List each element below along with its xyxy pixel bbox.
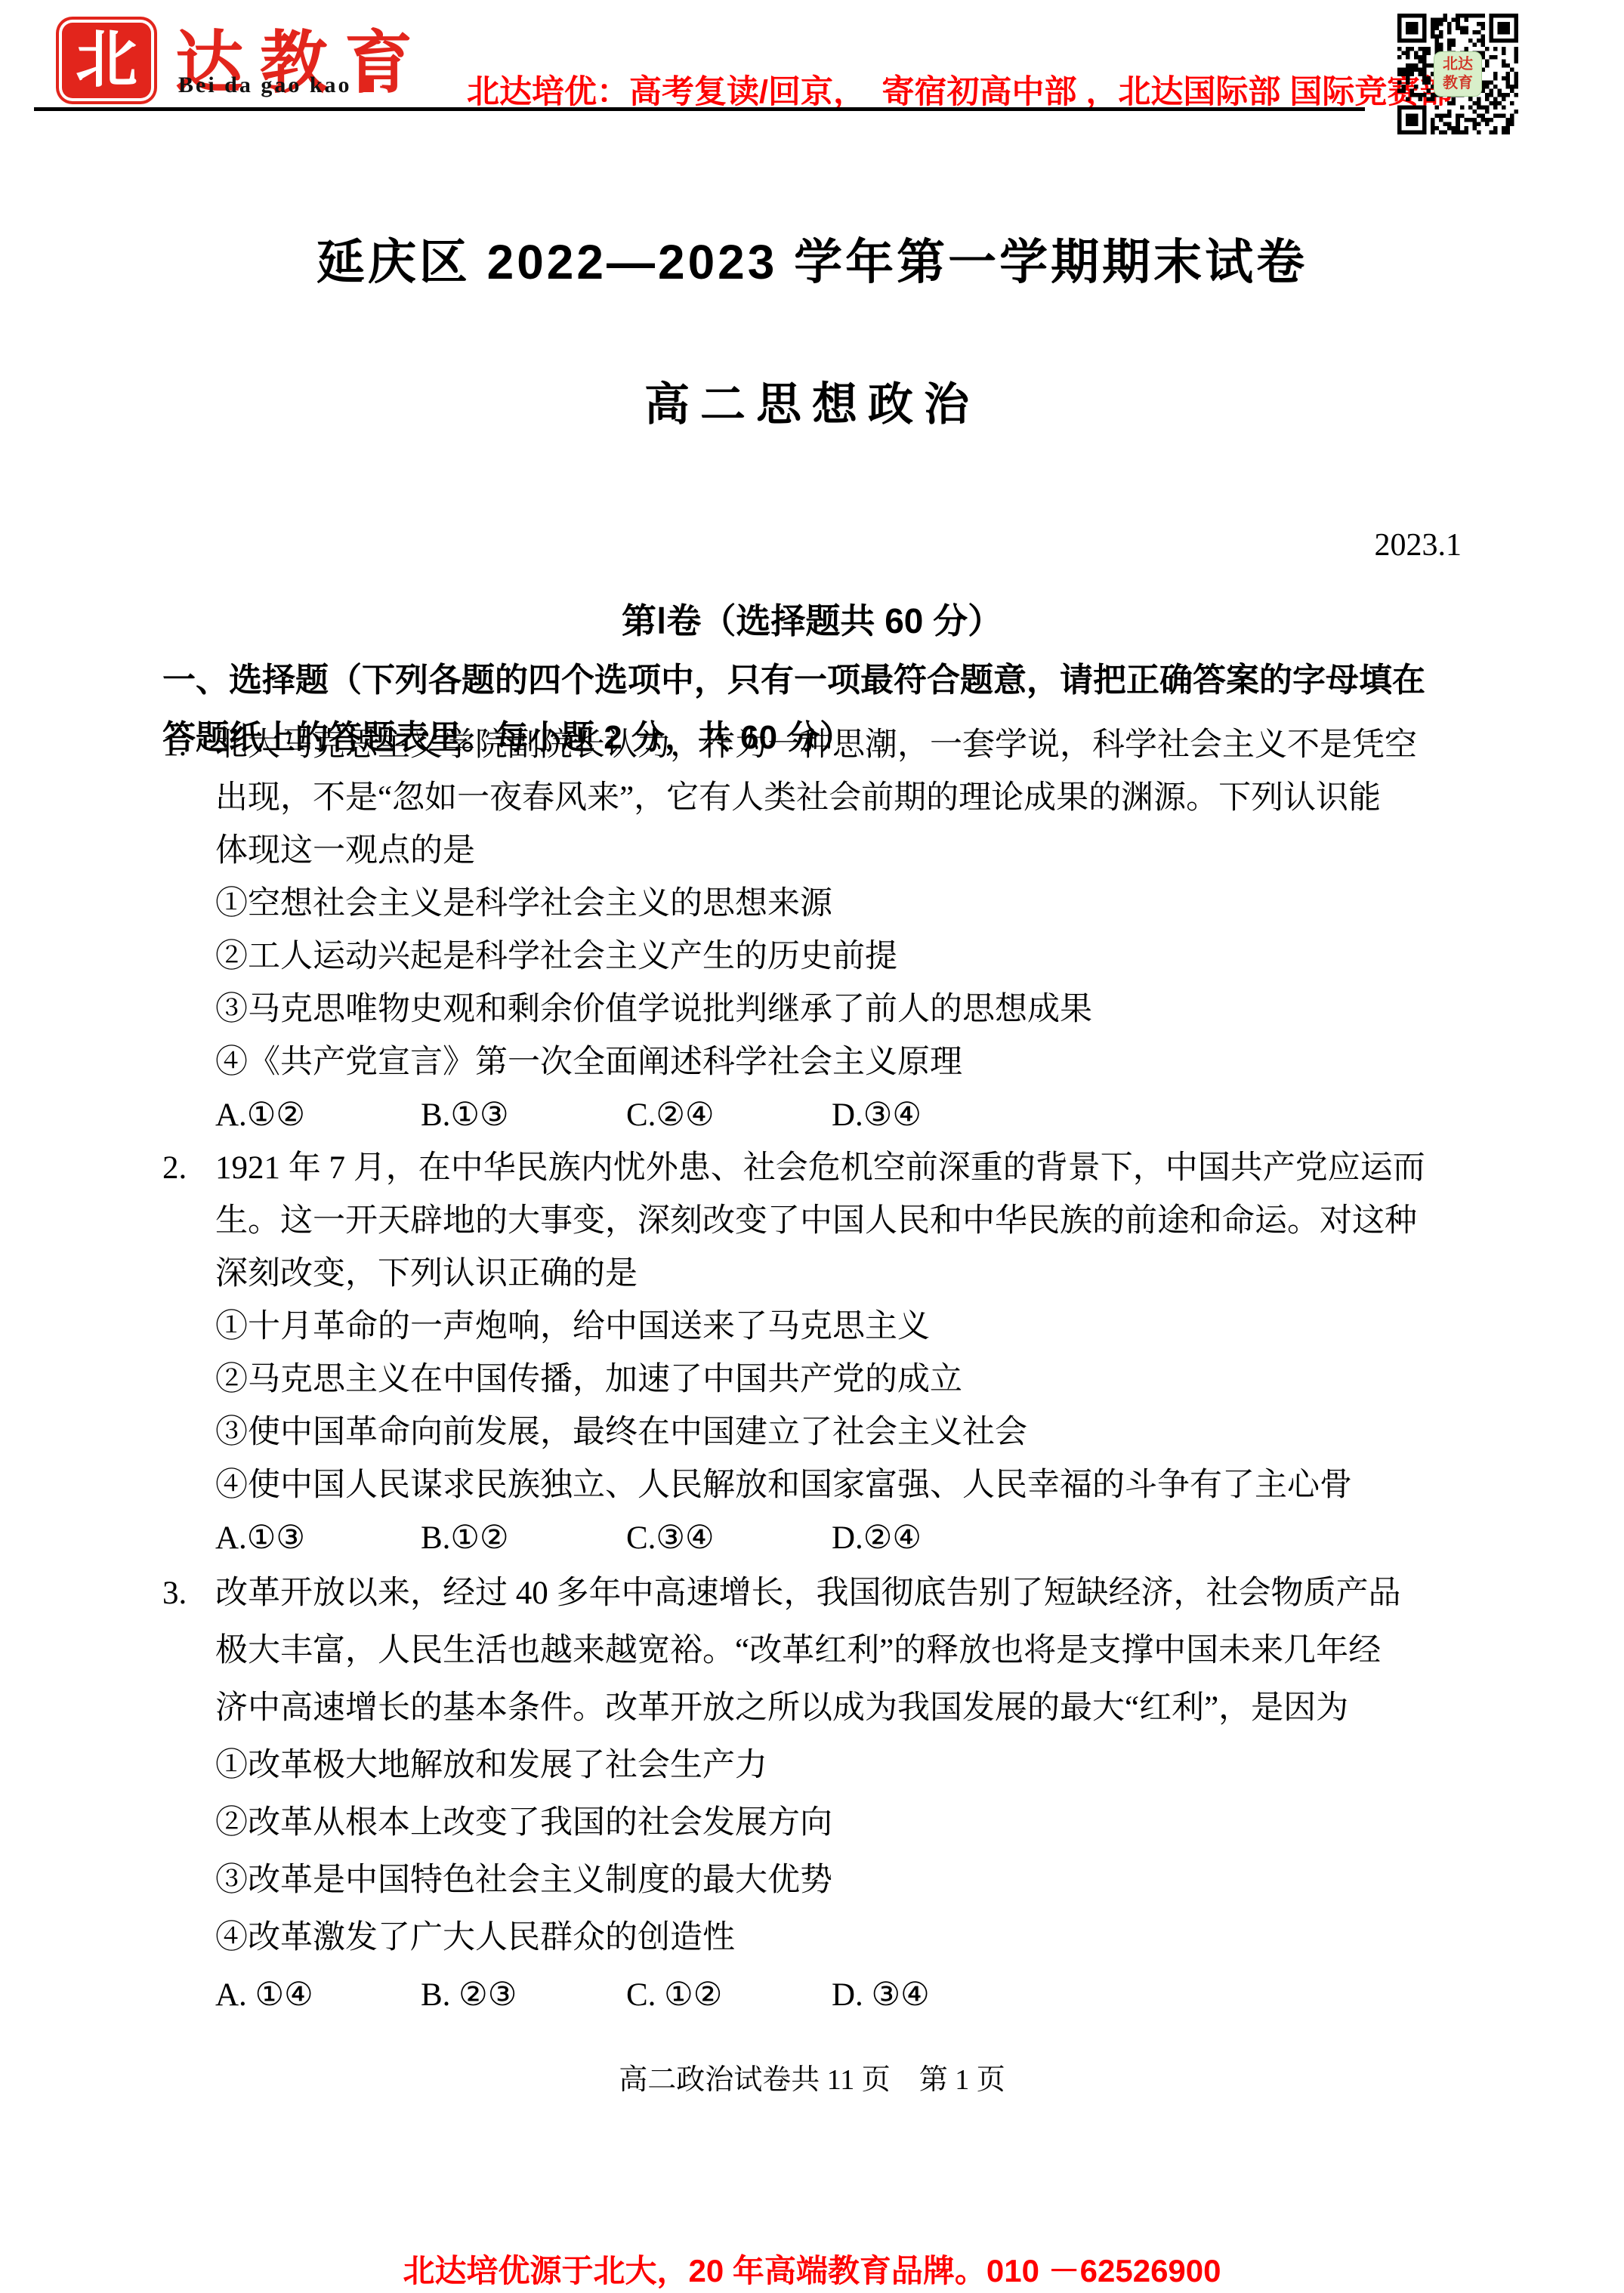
statement-item: ②改革从根本上改变了我国的社会发展方向 bbox=[162, 1795, 1462, 1852]
statement-item: ②工人运动兴起是科学社会主义产生的历史前提 bbox=[162, 930, 1462, 983]
stem-text: 1921 年 7 月，在中华民族内忧外患、社会危机空前深重的背景下，中国共产党应… bbox=[215, 1150, 1425, 1186]
question-stem-line: 生。这一开天辟地的大事变，深刻改变了中国人民和中华民族的前途和命运。对这种 bbox=[162, 1195, 1462, 1248]
brand-subtext-label: Bei da gao kao bbox=[178, 73, 352, 97]
red-square-icon bbox=[361, 79, 374, 92]
options-row: A.①②B.①③C.②④D.③④ bbox=[162, 1089, 1462, 1142]
question-3: 3.改革开放以来，经过 40 多年中高速增长，我国彻底告别了短缺经济，社会物质产… bbox=[162, 1565, 1462, 2024]
exam-date: 2023.1 bbox=[1375, 527, 1462, 563]
option-d: D.②④ bbox=[832, 1512, 922, 1565]
option-d: D.③④ bbox=[832, 1089, 922, 1142]
option-c: C. ①② bbox=[626, 1967, 832, 2024]
stem-text: 北大马克思主义学院副院长认为，作为一种思潮，一套学说，科学社会主义不是凭空 bbox=[215, 727, 1417, 763]
question-stem-line: 1.北大马克思主义学院副院长认为，作为一种思潮，一套学说，科学社会主义不是凭空 bbox=[162, 719, 1462, 772]
question-number: 3. bbox=[162, 1565, 215, 1622]
option-a: A.①③ bbox=[215, 1512, 421, 1565]
question-number: 1. bbox=[162, 719, 215, 772]
statement-item: ④改革激发了广大人民群众的创造性 bbox=[162, 1909, 1462, 1967]
option-a: A. ①④ bbox=[215, 1967, 421, 2024]
page-subtitle: 高二思想政治 bbox=[0, 369, 1624, 434]
question-2: 2.1921 年 7 月，在中华民族内忧外患、社会危机空前深重的背景下，中国共产… bbox=[162, 1142, 1462, 1565]
exam-paper-page: 北 达教育 Bei da gao kao 北达培优：高考复读/回京， 寄宿初高中… bbox=[0, 0, 1624, 2293]
question-list: 1.北大马克思主义学院副院长认为，作为一种思潮，一套学说，科学社会主义不是凭空 … bbox=[162, 719, 1462, 2024]
brand-seal-icon: 北 bbox=[62, 23, 151, 98]
page-title: 延庆区 2022—2023 学年第一学期期末试卷 bbox=[0, 224, 1624, 293]
section-heading: 第Ⅰ卷（选择题共 60 分） bbox=[0, 594, 1624, 643]
question-stem-line: 出现，不是“忽如一夜春风来”，它有人类社会前期的理论成果的渊源。下列认识能 bbox=[162, 772, 1462, 825]
qr-code: 北达 教育 bbox=[1397, 14, 1518, 134]
option-b: B. ②③ bbox=[421, 1967, 626, 2024]
question-stem-line: 体现这一观点的是 bbox=[162, 825, 1462, 878]
statement-item: ③马克思唯物史观和剩余价值学说批判继承了前人的思想成果 bbox=[162, 983, 1462, 1036]
question-stem-line: 极大丰富，人民生活也越来越宽裕。“改革红利”的释放也将是支撑中国未来几年经 bbox=[162, 1622, 1462, 1680]
option-c: C.③④ bbox=[626, 1512, 832, 1565]
question-number: 2. bbox=[162, 1142, 215, 1195]
question-stem-line: 2.1921 年 7 月，在中华民族内忧外患、社会危机空前深重的背景下，中国共产… bbox=[162, 1142, 1462, 1195]
header-slogan: 北达培优：高考复读/回京， 寄宿初高中部 ，北达国际部 国际竞赛部 bbox=[467, 66, 1452, 113]
qr-badge-line2: 教育 bbox=[1434, 74, 1481, 93]
statement-item: ①十月革命的一声炮响，给中国送来了马克思主义 bbox=[162, 1301, 1462, 1353]
seal-character: 北 bbox=[62, 23, 151, 98]
header-divider bbox=[34, 107, 1365, 111]
options-row: A.①③B.①②C.③④D.②④ bbox=[162, 1512, 1462, 1565]
statement-item: ④《共产党宣言》第一次全面阐述科学社会主义原理 bbox=[162, 1036, 1462, 1089]
qr-center-badge: 北达 教育 bbox=[1434, 51, 1482, 97]
option-b: B.①② bbox=[421, 1512, 626, 1565]
statement-item: ①空想社会主义是科学社会主义的思想来源 bbox=[162, 878, 1462, 930]
question-stem-line: 济中高速增长的基本条件。改革开放之所以成为我国发展的最大“红利”，是因为 bbox=[162, 1680, 1462, 1737]
bottom-banner: 北达培优源于北大，20 年高端教育品牌。010 －62526900 bbox=[0, 2246, 1624, 2291]
instructions-line1: 一、选择题（下列各题的四个选项中，只有一项最符合题意，请把正确答案的字母填在 bbox=[162, 653, 1462, 701]
qr-badge-line1: 北达 bbox=[1434, 55, 1481, 74]
question-stem-line: 3.改革开放以来，经过 40 多年中高速增长，我国彻底告别了短缺经济，社会物质产… bbox=[162, 1565, 1462, 1622]
options-row: A. ①④B. ②③C. ①②D. ③④ bbox=[162, 1967, 1462, 2024]
option-a: A.①② bbox=[215, 1089, 421, 1142]
option-b: B.①③ bbox=[421, 1089, 626, 1142]
statement-item: ③使中国革命向前发展，最终在中国建立了社会主义社会 bbox=[162, 1406, 1462, 1459]
statement-item: ②马克思主义在中国传播，加速了中国共产党的成立 bbox=[162, 1353, 1462, 1406]
question-stem-line: 深刻改变，下列认识正确的是 bbox=[162, 1248, 1462, 1301]
statement-item: ④使中国人民谋求民族独立、人民解放和国家富强、人民幸福的斗争有了主心骨 bbox=[162, 1459, 1462, 1512]
question-1: 1.北大马克思主义学院副院长认为，作为一种思潮，一套学说，科学社会主义不是凭空 … bbox=[162, 719, 1462, 1142]
option-c: C.②④ bbox=[626, 1089, 832, 1142]
stem-text: 改革开放以来，经过 40 多年中高速增长，我国彻底告别了短缺经济，社会物质产品 bbox=[215, 1575, 1401, 1611]
brand-subtext: Bei da gao kao bbox=[178, 73, 374, 98]
statement-item: ③改革是中国特色社会主义制度的最大优势 bbox=[162, 1852, 1462, 1909]
option-d: D. ③④ bbox=[832, 1967, 930, 2024]
page-number-info: 高二政治试卷共 11 页 第 1 页 bbox=[0, 2056, 1624, 2097]
statement-item: ①改革极大地解放和发展了社会生产力 bbox=[162, 1737, 1462, 1795]
